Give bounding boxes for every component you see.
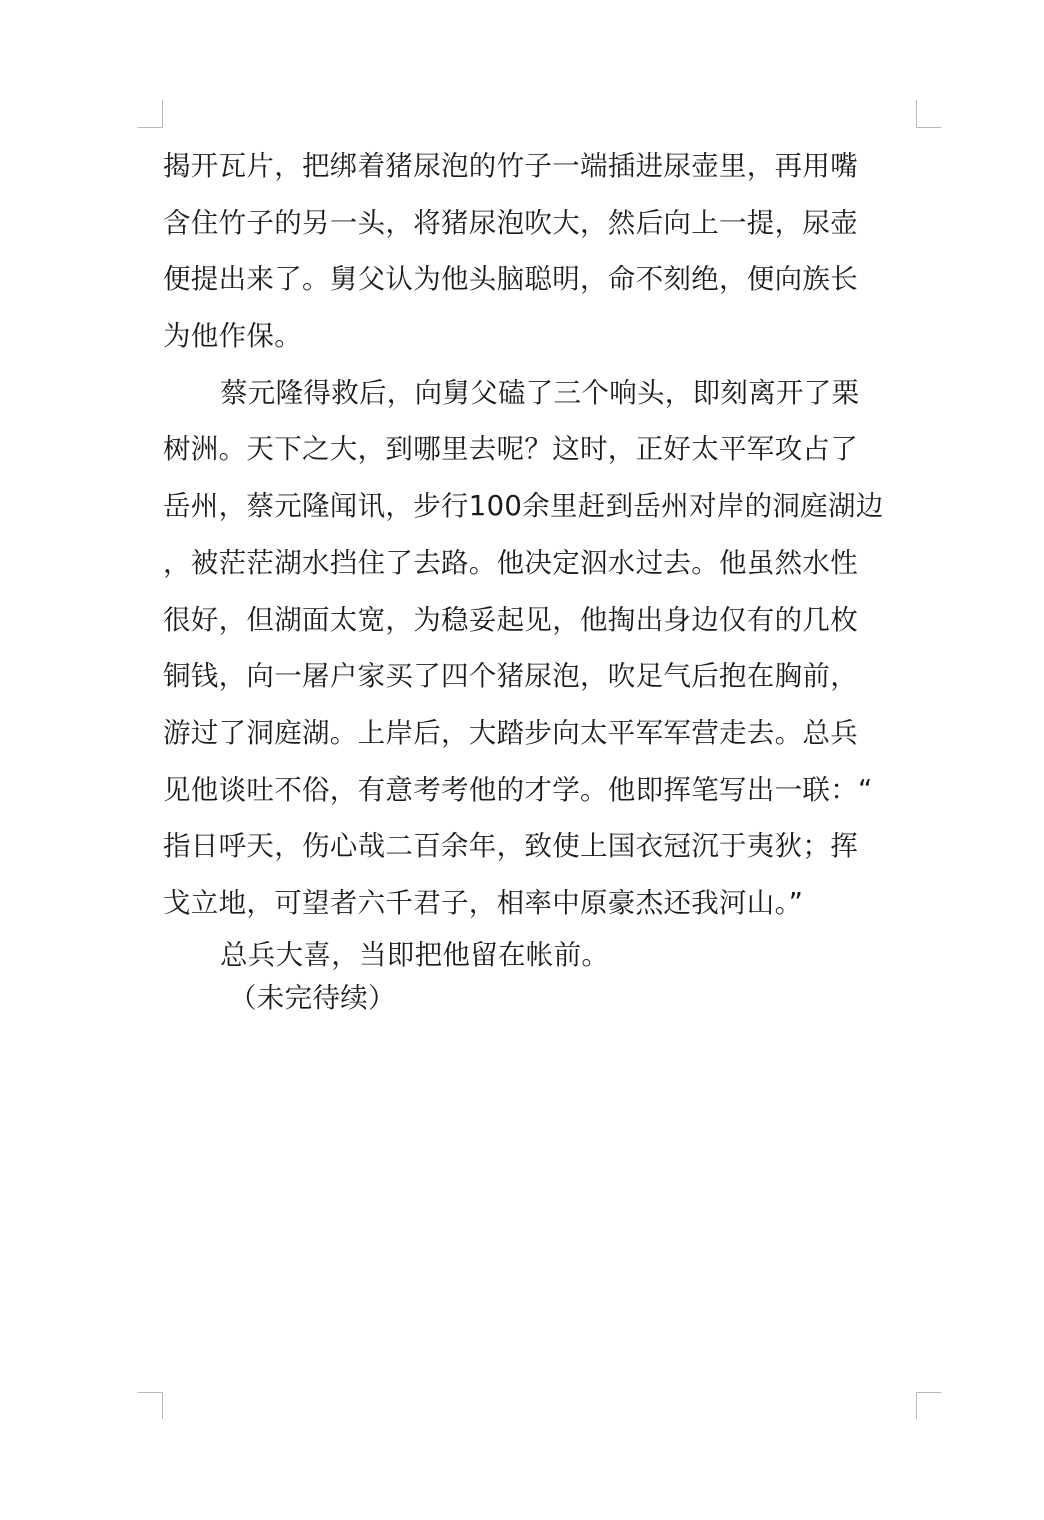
margin-corner-mark-bottom-right (916, 1392, 941, 1419)
margin-corner-mark-top-left (138, 100, 163, 128)
paragraph-start-line: 总兵大喜，当即把他留在帐前。 (163, 932, 923, 978)
text-line: ，被茫茫湖水挡住了去路。他决定泅水过去。他虽然水性 (163, 535, 923, 592)
text-line: 铜钱，向一屠户家买了四个猪尿泡，吹足气后抱在胸前， (163, 648, 923, 705)
document-page: 揭开瓦片，把绑着猪尿泡的竹子一端插进尿壶里，再用嘴 含住竹子的另一头，将猪尿泡吹… (0, 0, 1044, 1520)
text-line: 指日呼天，伤心哉二百余年，致使上国衣冠沉于夷狄；挥 (163, 818, 923, 875)
text-line: 为他作保。 (163, 308, 923, 365)
margin-corner-mark-top-right (916, 100, 941, 128)
text-line: 树洲。天下之大，到哪里去呢？这时，正好太平军攻占了 (163, 421, 923, 478)
text-line: 岳州，蔡元隆闻讯，步行100余里赶到岳州对岸的洞庭湖边 (163, 478, 923, 535)
text-line: 见他谈吐不俗，有意考考他的才学。他即挥笔写出一联：“ (163, 762, 923, 819)
text-line: 揭开瓦片，把绑着猪尿泡的竹子一端插进尿壶里，再用嘴 (163, 138, 923, 195)
text-line: 很好，但湖面太宽，为稳妥起见，他掏出身边仅有的几枚 (163, 592, 923, 649)
text-line: 含住竹子的另一头，将猪尿泡吹大，然后向上一提，尿壶 (163, 195, 923, 252)
margin-corner-mark-bottom-left (138, 1392, 163, 1419)
to-be-continued-note: （未完待续） (163, 978, 923, 1018)
document-body: 揭开瓦片，把绑着猪尿泡的竹子一端插进尿壶里，再用嘴 含住竹子的另一头，将猪尿泡吹… (163, 138, 923, 1018)
text-line: 游过了洞庭湖。上岸后，大踏步向太平军军营走去。总兵 (163, 705, 923, 762)
paragraph-start-line: 蔡元隆得救后，向舅父磕了三个响头，即刻离开了栗 (163, 365, 923, 422)
text-line: 便提出来了。舅父认为他头脑聪明，命不刻绝，便向族长 (163, 251, 923, 308)
text-line: 戈立地，可望者六千君子，相率中原豪杰还我河山。” (163, 875, 923, 932)
